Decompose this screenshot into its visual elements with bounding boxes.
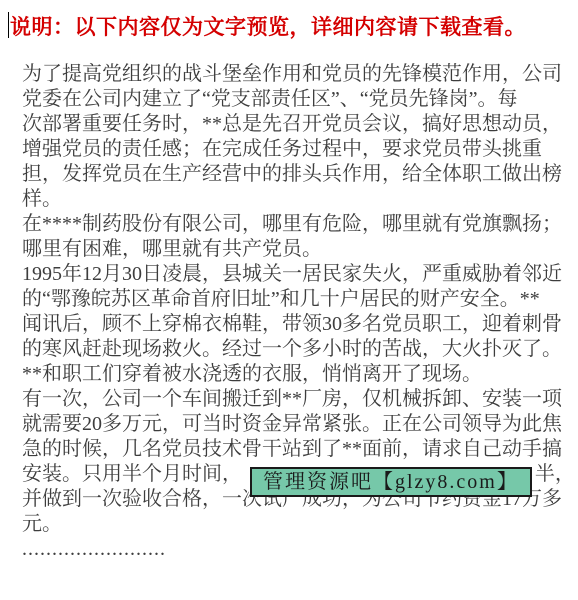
line-text-left: 安装。只用半个月时间，	[22, 463, 242, 485]
body-text-line: 党委在公司内建立了“党支部责任区”、“党员先锋岗”。每	[22, 87, 578, 112]
watermark-badge[interactable]: 管理资源吧【glzy8.com】	[250, 467, 532, 497]
document-preview-page: 说明：以下内容仅为文字预览，详细内容请下载查看。 为了提高党组织的战斗堡垒作用和…	[0, 0, 578, 600]
preview-notice-text: 说明：以下内容仅为文字预览，详细内容请下载查看。	[10, 15, 526, 39]
line-text-right: 半，	[535, 463, 575, 485]
body-lines-bottom: 并做到一次验收合格，一次试产成功，为公司节约资金17万多元。..........…	[22, 487, 578, 562]
text-cursor	[8, 12, 9, 38]
body-lines-top: 为了提高党组织的战斗堡垒作用和党员的先锋模范作用，公司党委在公司内建立了“党支部…	[22, 62, 578, 462]
body-text-line: 为了提高党组织的战斗堡垒作用和党员的先锋模范作用，公司	[22, 62, 578, 87]
body-text-line: 担，发挥党员在生产经营中的排头兵作用，给全体职工做出榜	[22, 162, 578, 187]
body-text-line: 闻讯后，顾不上穿棉衣棉鞋，带领30多名党员职工，迎着刺骨	[22, 312, 578, 337]
body-text-line: 就需要20多万元，可当时资金异常紧张。正在公司领导为此焦	[22, 412, 578, 437]
body-text-line: 增强党员的责任感；在完成任务过程中，要求党员带头挑重	[22, 137, 578, 162]
body-text-line: 元。	[22, 512, 578, 537]
document-body: 为了提高党组织的战斗堡垒作用和党员的先锋模范作用，公司党委在公司内建立了“党支部…	[22, 62, 578, 562]
watermark-line: 安装。只用半个月时间，管理资源吧【glzy8.com】半，	[22, 462, 578, 487]
body-text-line: 有一次，公司一个车间搬迁到**厂房，仅机械拆卸、安装一项	[22, 387, 578, 412]
body-text-line: ........................	[22, 537, 578, 562]
body-text-line: 哪里有困难，哪里就有共产党员。	[22, 237, 578, 262]
body-text-line: 急的时候，几名党员技术骨干站到了**面前，请求自己动手搞	[22, 437, 578, 462]
body-text-line: 次部署重要任务时，**总是先召开党员会议，搞好思想动员，	[22, 112, 578, 137]
body-text-line: 的“鄂豫皖苏区革命首府旧址”和几十户居民的财产安全。**	[22, 287, 578, 312]
body-text-line: 样。	[22, 187, 578, 212]
body-text-line: 的寒风赶赴现场救火。经过一个多小时的苦战，大火扑灭了。	[22, 337, 578, 362]
body-text-line: 1995年12月30日凌晨，县城关一居民家失火，严重威胁着邻近	[22, 262, 578, 287]
body-text-line: **和职工们穿着被水浇透的衣服，悄悄离开了现场。	[22, 362, 578, 387]
preview-notice: 说明：以下内容仅为文字预览，详细内容请下载查看。	[8, 12, 578, 42]
body-text-line: 在****制药股份有限公司，哪里有危险，哪里就有党旗飘扬；	[22, 212, 578, 237]
